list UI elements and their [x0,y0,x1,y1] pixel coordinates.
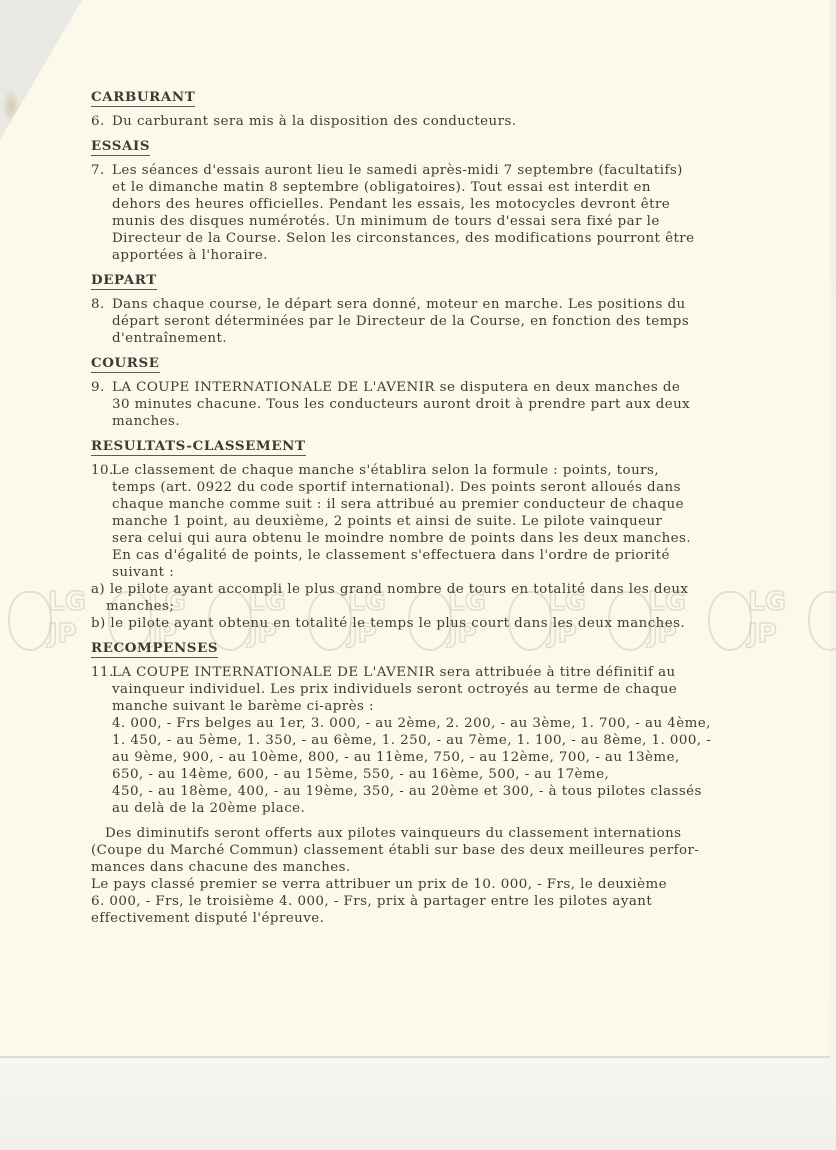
section-heading: RESULTATS-CLASSEMENT [91,437,306,456]
text-line: manches. [112,413,811,430]
section-heading: CARBURANT [91,88,195,107]
text-line: Le pays classé premier se verra attribue… [91,876,811,893]
article-8: 8. Dans chaque course, le départ sera do… [91,296,811,347]
text-line: sera celui qui aura obtenu le moindre no… [112,530,811,547]
sub-item-label: a) [91,582,105,597]
section-essais: ESSAIS 7. Les séances d'essais auront li… [91,137,811,264]
prize-line: 650, - au 14ème, 600, - au 15ème, 550, -… [112,766,811,783]
text-line: (Coupe du Marché Commun) classement étab… [91,842,811,859]
text-line: LA COUPE INTERNATIONALE DE L'AVENIR sera… [112,664,811,681]
text-line: Le classement de chaque manche s'établir… [112,462,811,479]
article-number: 9. [91,379,105,396]
text-line: vainqueur individuel. Les prix individue… [112,681,811,698]
page-bottom-edge [0,1056,830,1058]
text-line: manches; [106,598,811,615]
article-10: 10. Le classement de chaque manche s'éta… [91,462,811,632]
text-line: En cas d'égalité de points, le classemen… [112,547,811,564]
text-line: Les séances d'essais auront lieu le same… [112,162,811,179]
article-number: 7. [91,162,105,179]
prize-line: au 9ème, 900, - au 10ème, 800, - au 11èm… [112,749,811,766]
section-heading: DEPART [91,271,157,290]
prize-line: au delà de la 20ème place. [112,800,811,817]
sub-item-label: b) [91,616,106,631]
article-9: 9. LA COUPE INTERNATIONALE DE L'AVENIR s… [91,379,811,430]
prize-line: 4. 000, - Frs belges au 1er, 3. 000, - a… [112,715,811,732]
article-7: 7. Les séances d'essais auront lieu le s… [91,162,811,264]
article-number: 11. [91,664,114,681]
text-line: 6. 000, - Frs, le troisième 4. 000, - Fr… [91,893,811,910]
text-line: LA COUPE INTERNATIONALE DE L'AVENIR se d… [112,379,811,396]
text-line: et le dimanche matin 8 septembre (obliga… [112,179,811,196]
text-line: apportées à l'horaire. [112,247,811,264]
text-line: le pilote ayant obtenu en totalité le te… [110,616,685,631]
section-resultats-classement: RESULTATS-CLASSEMENT 10. Le classement d… [91,437,811,632]
document-content: CARBURANT 6. Du carburant sera mis à la … [91,88,811,934]
text-line: le pilote ayant accompli le plus grand n… [110,582,689,597]
section-recompenses: RECOMPENSES 11. LA COUPE INTERNATIONALE … [91,639,811,927]
prize-line: 450, - au 18ème, 400, - au 19ème, 350, -… [112,783,811,800]
section-depart: DEPART 8. Dans chaque course, le départ … [91,271,811,347]
text-line: effectivement disputé l'épreuve. [91,910,811,927]
text-line: manche 1 point, au deuxième, 2 points et… [112,513,811,530]
text-line: dehors des heures officielles. Pendant l… [112,196,811,213]
article-number: 6. [91,113,105,130]
text-line: mances dans chacune des manches. [91,859,811,876]
text-line: Dans chaque course, le départ sera donné… [112,296,811,313]
section-course: COURSE 9. LA COUPE INTERNATIONALE DE L'A… [91,354,811,430]
text-line: chaque manche comme suit : il sera attri… [112,496,811,513]
sub-item-a: a) le pilote ayant accompli le plus gran… [91,581,811,598]
text-line: temps (art. 0922 du code sportif interna… [112,479,811,496]
section-heading: COURSE [91,354,160,373]
sub-item-b: b) le pilote ayant obtenu en totalité le… [91,615,811,632]
text-line: suivant : [112,564,811,581]
text-line: d'entraînement. [112,330,811,347]
section-heading: RECOMPENSES [91,639,218,658]
paragraph-diminutifs: Des diminutifs seront offerts aux pilote… [91,825,811,927]
text-line: départ seront déterminées par le Directe… [112,313,811,330]
text-line: 30 minutes chacune. Tous les conducteurs… [112,396,811,413]
text-line: Directeur de la Course. Selon les circon… [112,230,811,247]
article-number: 10. [91,462,114,479]
text-line: manche suivant le barème ci-après : [112,698,811,715]
section-carburant: CARBURANT 6. Du carburant sera mis à la … [91,88,811,130]
prize-line: 1. 450, - au 5ème, 1. 350, - au 6ème, 1.… [112,732,811,749]
text-line: Des diminutifs seront offerts aux pilote… [91,825,811,842]
text-line: Du carburant sera mis à la disposition d… [112,113,811,130]
text-line: munis des disques numérotés. Un minimum … [112,213,811,230]
section-heading: ESSAIS [91,137,150,156]
article-6: 6. Du carburant sera mis à la dispositio… [91,113,811,130]
article-11: 11. LA COUPE INTERNATIONALE DE L'AVENIR … [91,664,811,817]
article-number: 8. [91,296,105,313]
